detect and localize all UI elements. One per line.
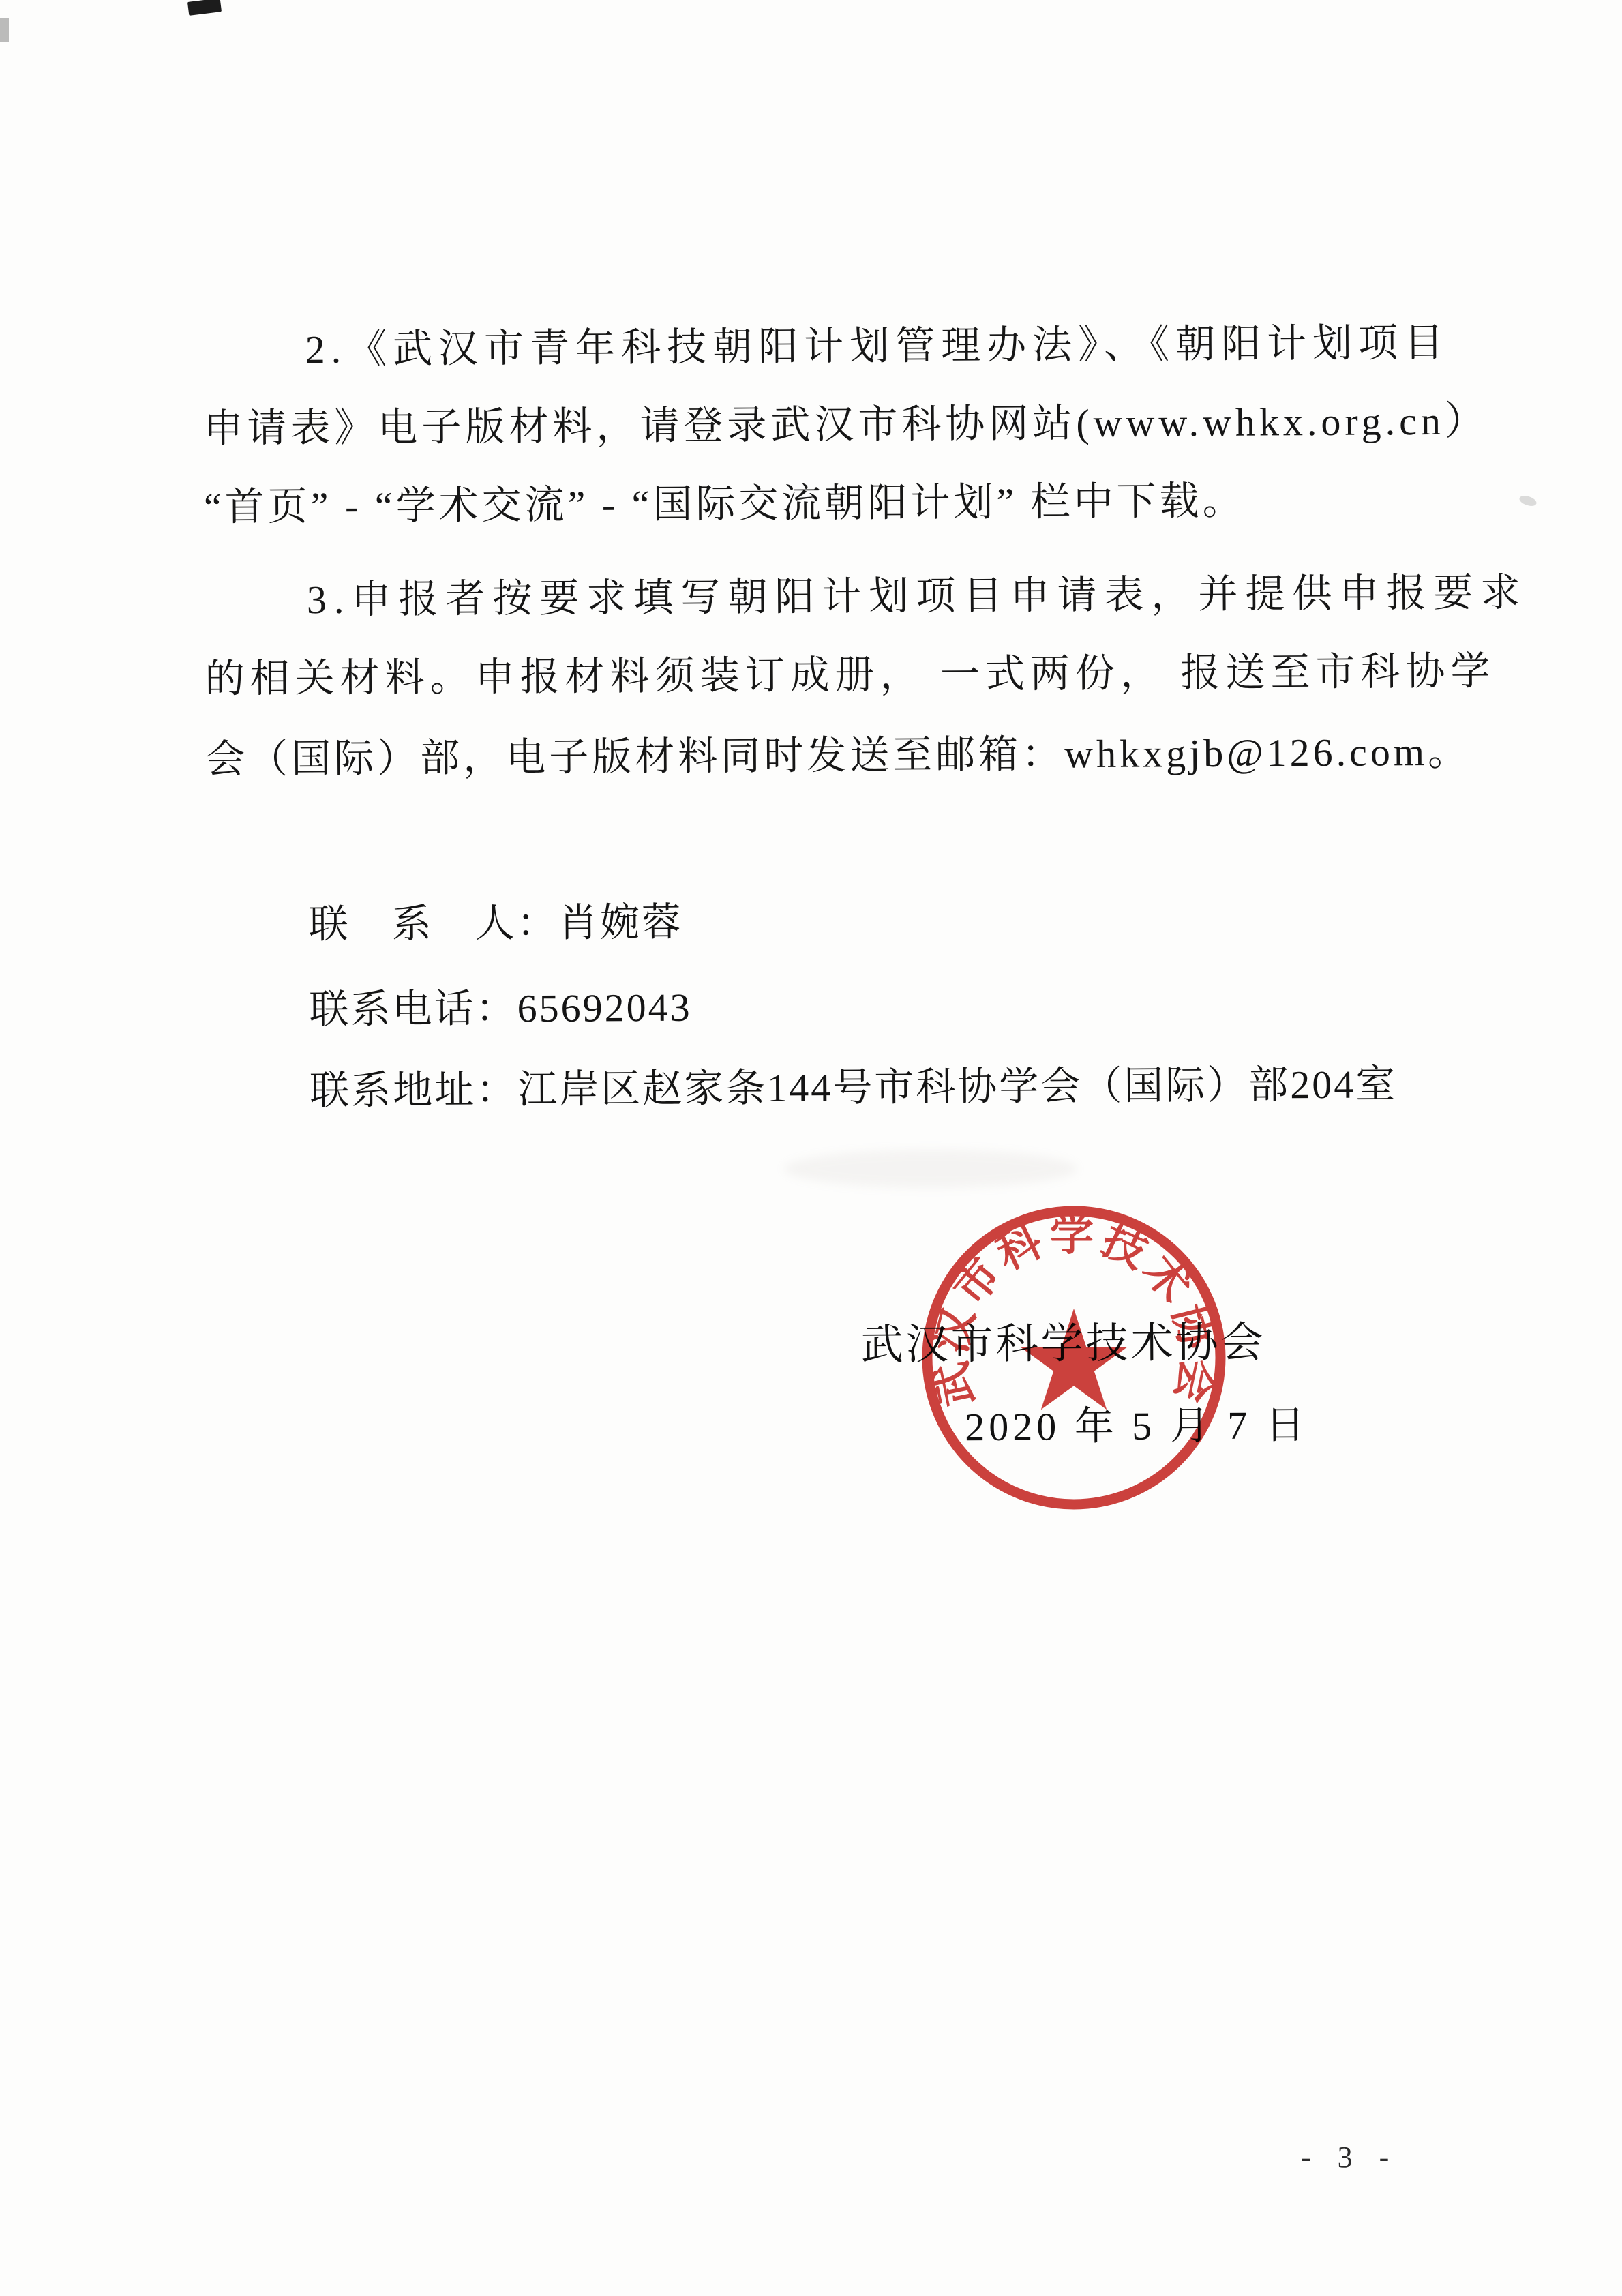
contact-phone-line: 联系电话：65692043 [309,984,691,1034]
contact-phone-colon: ： [475,986,517,1030]
contact-person-label: 联 系 人 [309,901,517,946]
paragraph-line: 的相关材料。申报材料须装订成册， 一式两份， 报送至市科协学 [205,647,1442,704]
star-icon [1021,1309,1127,1410]
document-page: 2.《武汉市青年科技朝阳计划管理办法》、《朝阳计划项目 申请表》电子版材料，请登… [0,0,1622,2296]
contact-phone-value: 65692043 [517,985,691,1031]
contact-person-line: 联 系 人：肖婉蓉 [309,899,683,949]
page-number: - 3 - [1301,2140,1398,2175]
contact-address-colon: ： [476,1067,517,1112]
contact-address-line: 联系地址：江岸区赵家条144号市科协学会（国际）部204室 [310,1060,1397,1115]
paragraph-line: 会（国际）部，电子版材料同时发送至邮箱：whkxgjb@126.com。 [205,728,1443,784]
contact-person-colon: ： [517,901,558,945]
paragraph-line: 3.申报者按要求填写朝阳计划项目申请表，并提供申报要求 [205,568,1544,625]
contact-address-label: 联系地址 [310,1068,476,1113]
document-body: 2.《武汉市青年科技朝阳计划管理办法》、《朝阳计划项目 申请表》电子版材料，请登… [0,0,1622,2296]
paragraph-line: “首页” - “学术交流” - “国际交流朝阳计划” 栏中下载。 [204,475,1441,532]
paragraph-line: 2.《武汉市青年科技朝阳计划管理办法》、《朝阳计划项目 [202,318,1542,375]
paragraph-line: 申请表》电子版材料，请登录武汉市科协网站(www.whkx.org.cn） [203,397,1441,453]
contact-address-value: 江岸区赵家条144号市科协学会（国际）部204室 [517,1062,1397,1112]
official-seal: 武汉市科学技术协会 [914,1197,1234,1518]
contact-phone-label: 联系电话 [309,987,475,1032]
contact-person-value: 肖婉蓉 [558,900,683,945]
